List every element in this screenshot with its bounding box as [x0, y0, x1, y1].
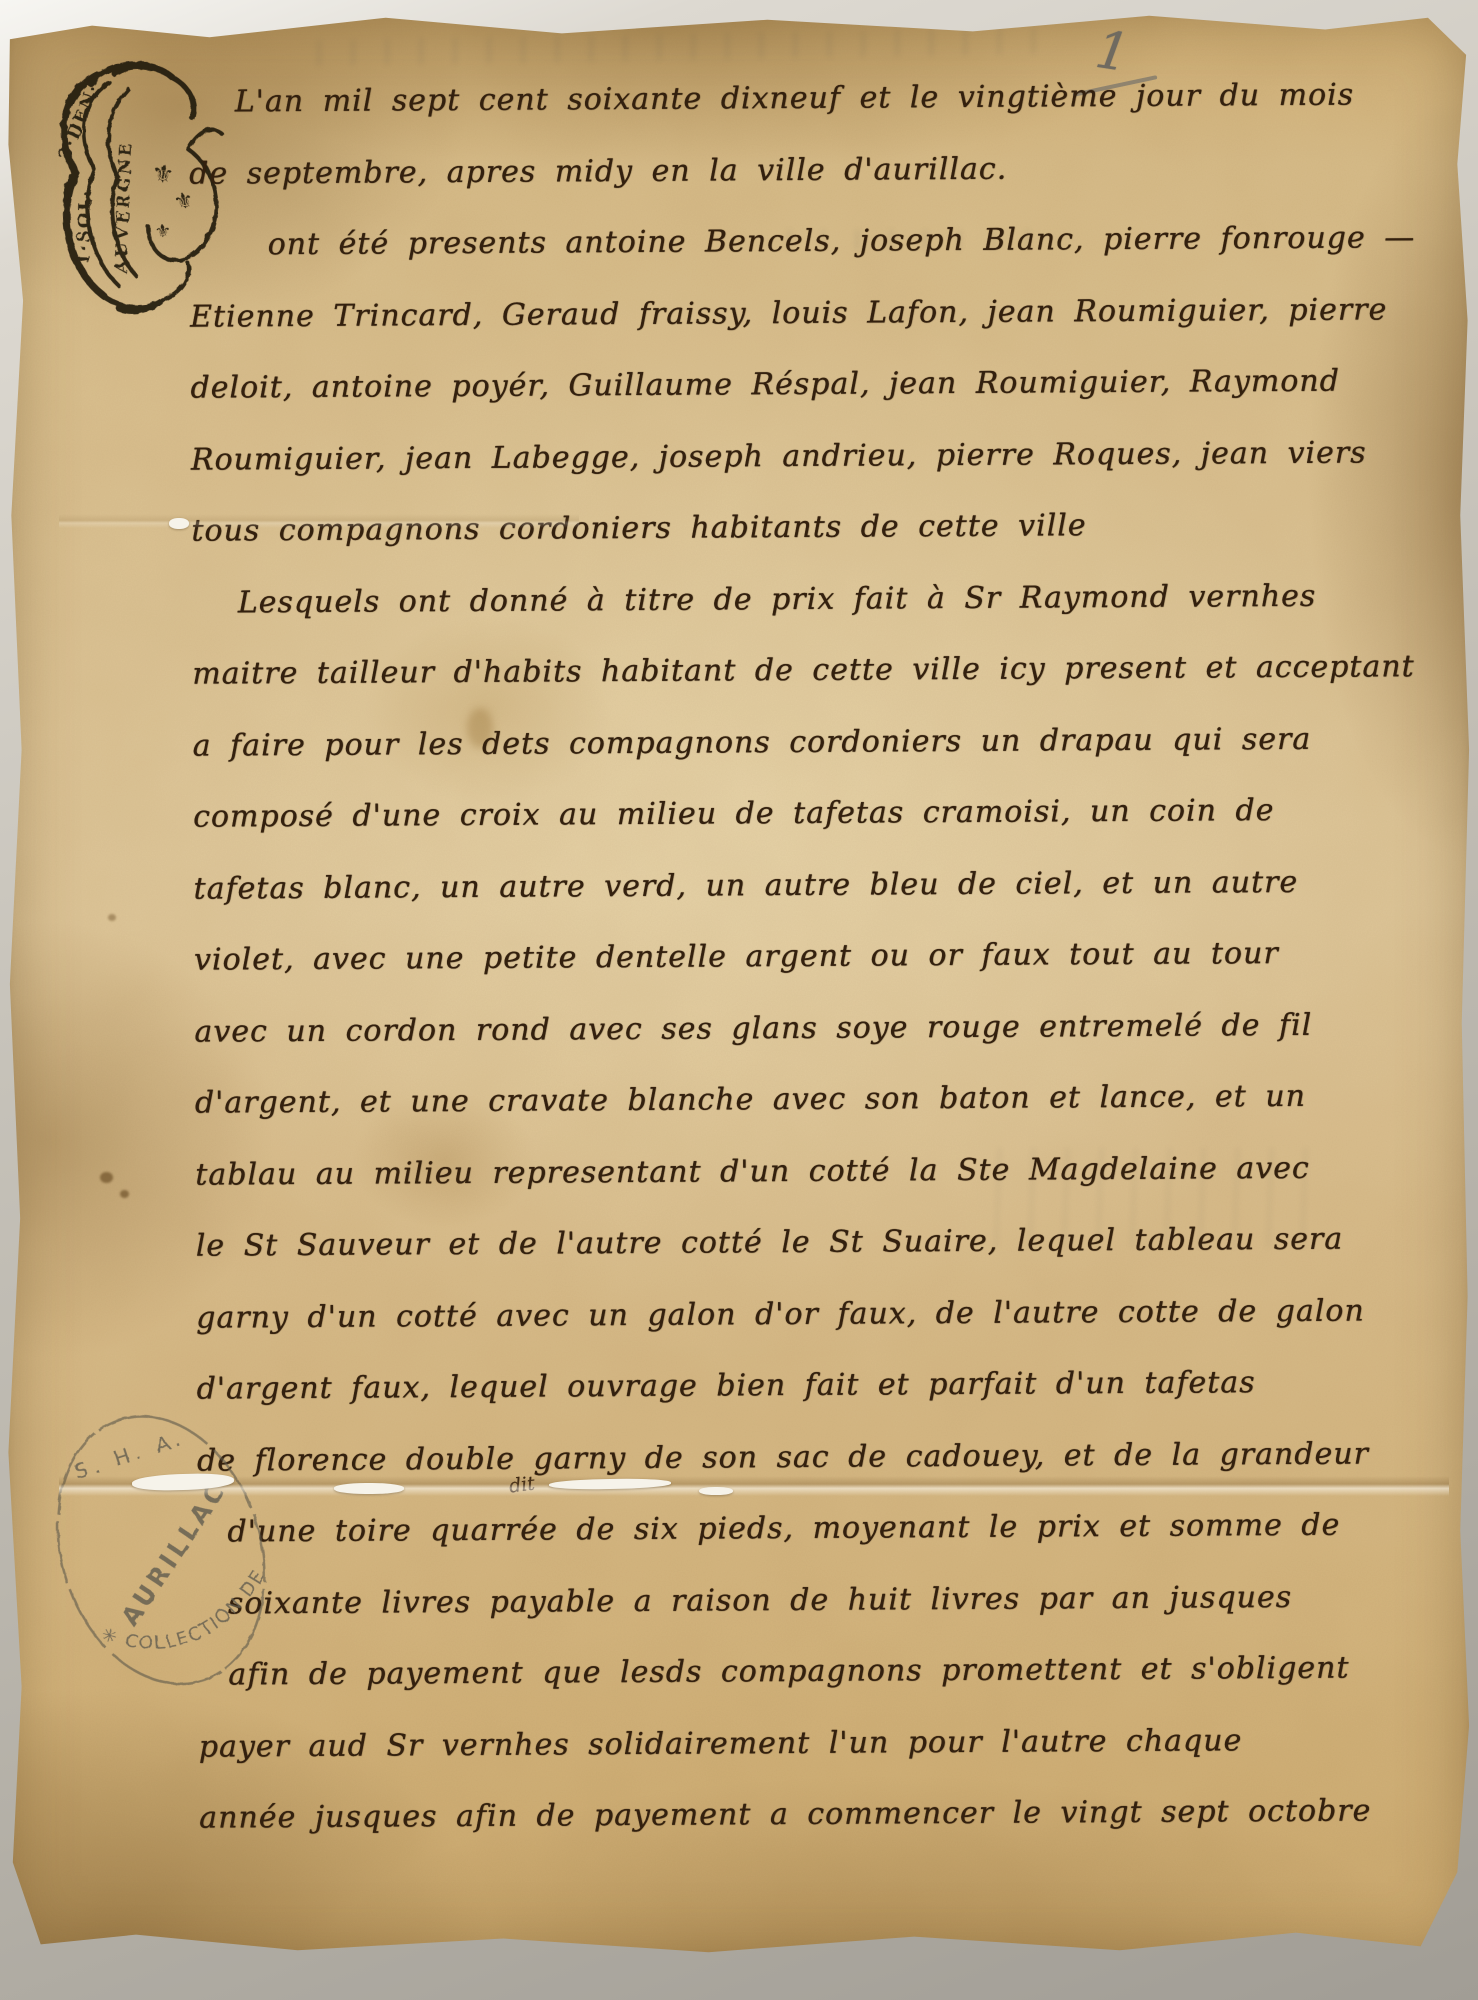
manuscript-line: payer aud Sr vernhes solidairement l'un … [199, 1704, 1395, 1783]
manuscript-text: L'an mil sept cent soixante dixneuf et l… [189, 59, 1396, 1854]
scan-background: 3·DEN· 1·SOL· AUVERGNE ⚜ ⚜ ⚜ 1 L'an mil … [0, 0, 1478, 2000]
manuscript-line: ont été presents antoine Bencels, joseph… [189, 202, 1385, 281]
stamp-region-label: AUVERGNE [112, 140, 136, 274]
tear-gap [169, 518, 189, 529]
manuscript-line: soixante livres payable a raison de huit… [198, 1561, 1394, 1640]
foxing-spot [120, 1190, 129, 1198]
manuscript-line: maitre tailleur d'habits habitant de cet… [192, 631, 1388, 710]
stamp-city-label: AURILLAC [115, 1476, 233, 1631]
manuscript-line: le St Sauveur et de l'autre cotté le St … [196, 1203, 1392, 1282]
manuscript-line: L'an mil sept cent soixante dixneuf et l… [189, 59, 1385, 138]
manuscript-line: afin de payement que lesds compagnons pr… [198, 1632, 1394, 1711]
tear-gap [699, 1487, 733, 1495]
manuscript-page: 3·DEN· 1·SOL· AUVERGNE ⚜ ⚜ ⚜ 1 L'an mil … [4, 8, 1472, 1960]
manuscript-line: tafetas blanc, un autre verd, un autre b… [193, 846, 1389, 925]
foxing-spot [108, 914, 116, 921]
manuscript-line: garny d'un cotté avec un galon d'or faux… [196, 1275, 1392, 1354]
manuscript-line: Lesquels ont donné à titre de prix fait … [192, 560, 1388, 639]
collection-stamp-sha-aurillac: S. H. A. AURILLAC ✳ COLLECTION DE [42, 1390, 280, 1710]
manuscript-line: deloit, antoine poyér, Guillaume Réspal,… [190, 345, 1386, 424]
manuscript-line: d'argent faux, lequel ouvrage bien fait … [196, 1346, 1392, 1425]
manuscript-line: tous compagnons cordoniers habitants de … [191, 488, 1387, 567]
manuscript-line: de septembre, apres midy en la ville d'a… [189, 131, 1385, 210]
manuscript-line: composé d'une croix au milieu de tafetas… [193, 774, 1389, 853]
manuscript-line: Roumiguier, jean Labegge, joseph andrieu… [191, 417, 1387, 496]
tear-gap [334, 1483, 404, 1494]
interline-correction: dit [508, 1473, 536, 1498]
stamp-denomination-lower: 1·SOL· [74, 188, 97, 266]
manuscript-line: avec un cordon rond avec ses glans soye … [194, 989, 1390, 1068]
manuscript-line: violet, avec une petite dentelle argent … [194, 917, 1390, 996]
fleur-de-lis-icon: ⚜ [150, 158, 176, 190]
manuscript-line: tablau au milieu representant d'un cotté… [195, 1132, 1391, 1211]
manuscript-line: a faire pour les dets compagnons cordoni… [192, 703, 1388, 782]
fleur-de-lis-icon: ⚜ [154, 221, 172, 243]
manuscript-line: d'argent, et une cravate blanche avec so… [195, 1060, 1391, 1139]
ink-bleedthrough [304, 28, 1044, 67]
manuscript-line: Etienne Trincard, Geraud fraissy, louis … [190, 274, 1386, 353]
manuscript-line: année jusques afin de payement a commenc… [199, 1775, 1395, 1854]
foxing-spot [100, 1172, 113, 1183]
manuscript-line: d'une toire quarrée de six pieds, moyena… [197, 1489, 1393, 1568]
